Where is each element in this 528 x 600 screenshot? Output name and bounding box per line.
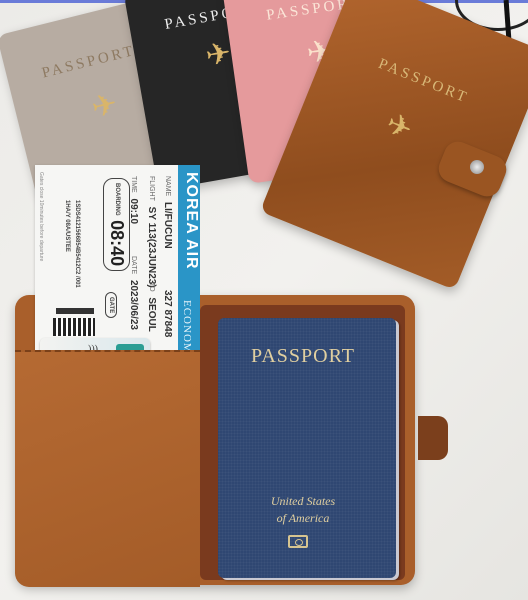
airplane-icon: ✈ [89, 89, 121, 124]
destination-field: TO SEOUL [146, 282, 157, 332]
biometric-chip-icon [288, 535, 308, 548]
cover-title: PASSPORT [40, 43, 137, 83]
flight-field: FLIGHT SY 113(23JUN23) [146, 176, 157, 288]
boarding-label: BOARDING [114, 183, 120, 216]
snap-button-icon [470, 160, 484, 174]
wallet-strap [418, 416, 448, 460]
ticket-number: 327 87848 [162, 290, 173, 337]
passenger-name-field: NAME LI/FUCUN [162, 176, 173, 249]
to-label: TO [148, 282, 155, 292]
airplane-icon: ✈ [382, 109, 417, 146]
us-passport-title: PASSPORT [218, 345, 388, 368]
ticket-code-1: 1SDS4121566854B5412C2 /001 [74, 200, 80, 288]
country-line-1: United States [218, 493, 388, 510]
flight-number: SY 113(23JUN23) [146, 207, 157, 288]
boarding-time: 08:40 [107, 220, 127, 266]
qr-code [53, 318, 95, 336]
gate-box: GATE [105, 292, 117, 318]
departure-date: 2023/06/23 [128, 280, 139, 330]
cover-title: PASSPORT [376, 56, 471, 108]
barcode [56, 308, 94, 314]
gate-notice: Gates close 10minutes before departure [38, 172, 44, 261]
name-label: NAME [164, 176, 171, 196]
boarding-time-box: BOARDING 08:40 [103, 178, 130, 271]
country-line-2: of America [218, 510, 388, 527]
flight-label: FLIGHT [148, 176, 155, 201]
time-label: TIME [130, 176, 137, 193]
us-passport-country: United States of America [218, 493, 388, 527]
date-label: DATE [130, 256, 137, 274]
passenger-name: LI/FUCUN [162, 202, 173, 249]
ticket-code-2: 1HA/Y 08A/USTEE [64, 200, 70, 252]
date-field: DATE 2023/06/23 [128, 256, 139, 330]
card-pocket [15, 350, 200, 587]
airline-name: KOREA AIR [178, 172, 200, 270]
destination: SEOUL [146, 297, 157, 331]
